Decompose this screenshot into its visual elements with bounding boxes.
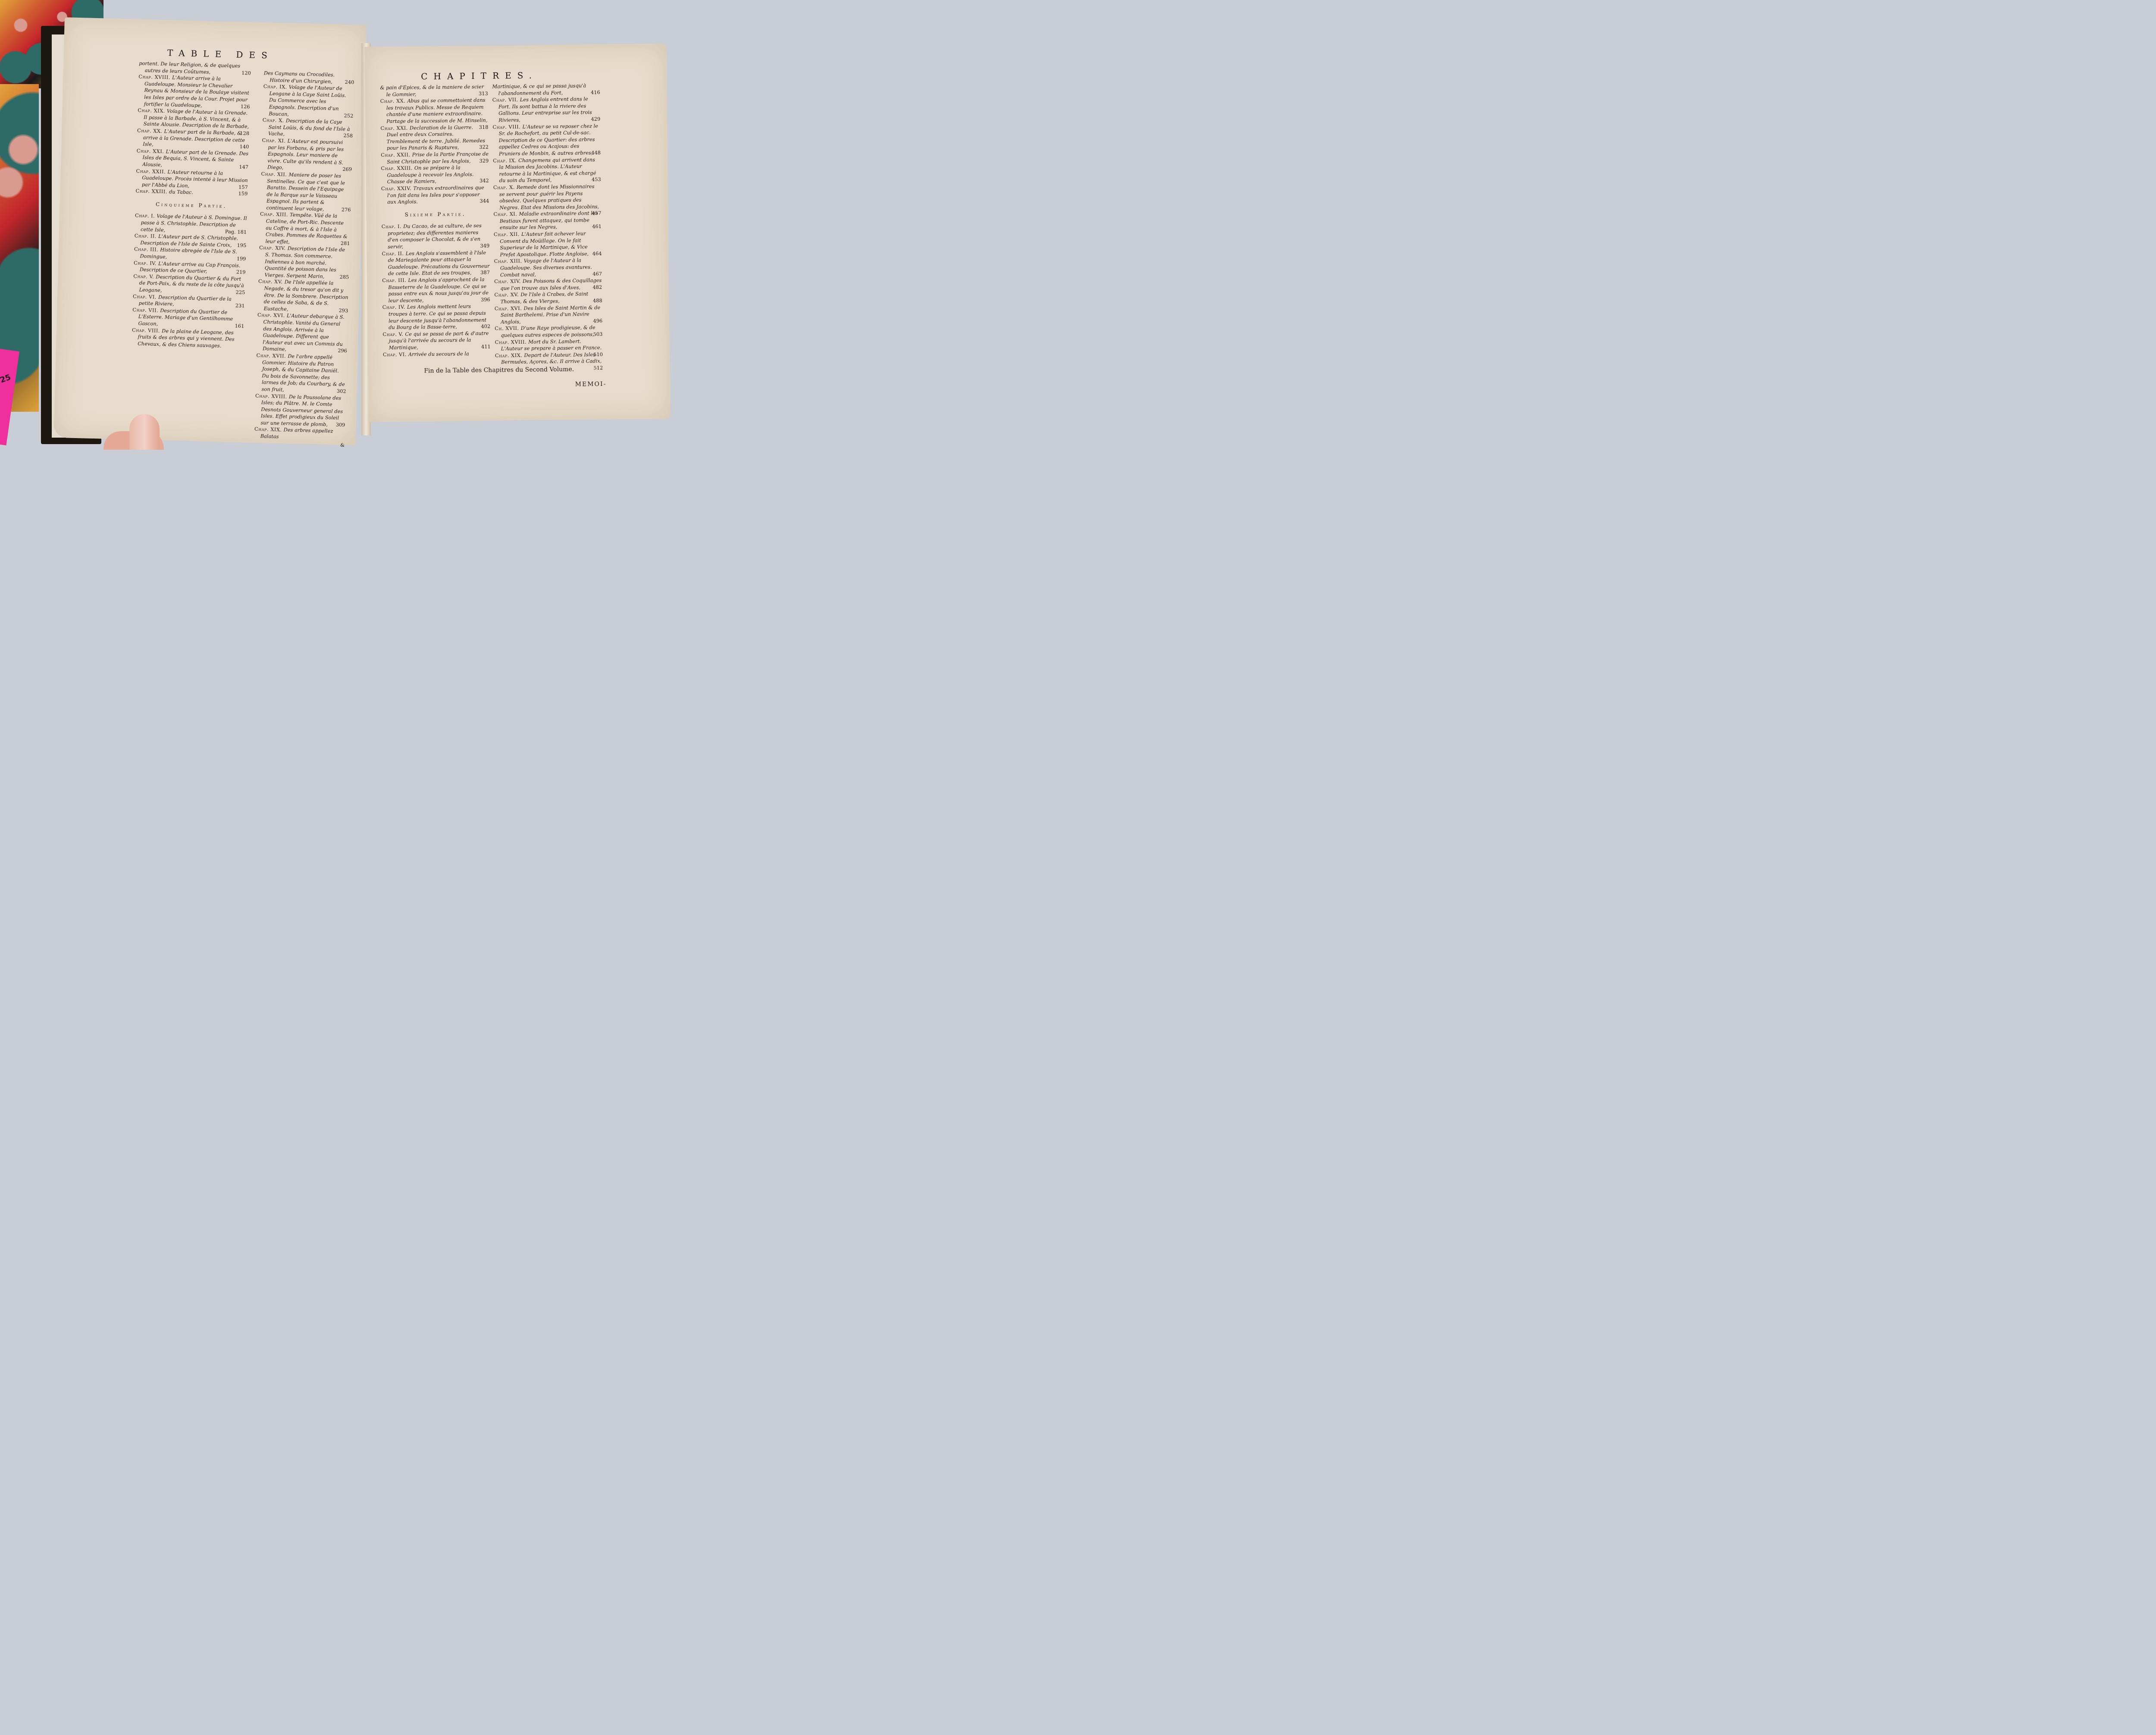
page-number: 467	[599, 271, 602, 278]
chapter-number: Chap. XIV.	[259, 244, 288, 251]
chapter-entry: Chap. XI. L'Auteur est poursuivi par les…	[261, 137, 353, 173]
chapter-title: De l'arbre appellé Gommier. Histoire du …	[261, 353, 345, 393]
chapter-number: Chap. XIX.	[495, 352, 524, 359]
chapter-entry: Martinique, & ce qui se passa jusqu'à l'…	[492, 82, 600, 97]
page-number: 302	[343, 388, 346, 395]
page-number: 344	[486, 198, 489, 205]
chapter-number: Chap. IV.	[134, 260, 158, 266]
page-number: 281	[347, 240, 350, 247]
page-number: 219	[242, 269, 246, 276]
chapter-entry: Chap. XIX. Voïage de l'Auteur à la Grena…	[137, 107, 250, 131]
chapter-number: Ch. XVII.	[495, 325, 521, 332]
page-number: 293	[345, 307, 348, 314]
chapter-entry: Chap. XVIII. Mort du Sr. Lambert. L'Aute…	[495, 338, 603, 353]
chapter-entry: Chap. XIII. Voyage de l'Auteur à la Guad…	[494, 257, 602, 278]
chapter-number: Chap. X.	[263, 117, 286, 123]
page-number: 231	[241, 303, 245, 310]
page-number: 296	[344, 348, 347, 355]
chapter-entry: Chap. XIX. Depart de l'Auteur. Des Isles…	[495, 351, 603, 366]
page-number: 225	[241, 289, 245, 296]
page-number: Pag. 181	[231, 229, 247, 236]
chapter-number: Chap. V.	[382, 331, 405, 338]
chapter-number: Chap. XVI.	[495, 305, 524, 311]
chapter-entry: Chap. XXII. Prise de la Partie Françoise…	[381, 151, 489, 166]
thumb	[129, 414, 160, 450]
chapter-number: Chap. XVI.	[257, 312, 287, 319]
page-number: 240	[351, 79, 354, 86]
running-head-left: TABLE DES	[167, 47, 274, 60]
chapter-number: Chap. XXII.	[381, 151, 412, 158]
page-number: 496	[599, 318, 602, 325]
chapter-number: Chap. VIII.	[132, 327, 162, 334]
page-number: 159	[244, 191, 248, 197]
chapter-number: Chap. XV.	[494, 291, 520, 298]
chapter-entry: Chap. XII. L'Auteur fait achever leur Co…	[494, 230, 602, 258]
chapter-number: Chap. VII.	[132, 307, 160, 313]
page-number: 457	[598, 210, 602, 217]
chapter-entry: Chap. XIX. Des arbres appellez Balatas	[254, 426, 345, 442]
chapter-entry: Chap. III. Les Anglois s'approchent de l…	[382, 276, 490, 304]
page-number: 126	[247, 103, 250, 110]
chapter-entry: & pain d'Epices, & de la maniere de scie…	[380, 84, 488, 98]
chapter-number: Chap. II.	[382, 250, 405, 257]
page-number: 276	[348, 207, 351, 213]
chapter-number: Chap. XX.	[137, 127, 164, 134]
chapter-number: Chap. III.	[382, 277, 408, 284]
page-number: 199	[243, 256, 246, 263]
chapter-number: Chap. III.	[134, 246, 160, 253]
chapter-entry: Chap. II. Les Anglois s'assemblent à l'I…	[382, 249, 490, 277]
chapter-number: Chap. IX.	[263, 83, 289, 90]
page-number: 488	[599, 298, 602, 304]
page-number: 252	[350, 113, 353, 119]
page-number: 429	[597, 116, 600, 123]
chapter-number: Chap. XII.	[261, 171, 288, 178]
left-page-column-1: portent. De leur Religion, & de quelques…	[132, 60, 251, 350]
page-number: 416	[597, 89, 600, 96]
page-number: 387	[486, 269, 490, 276]
chapter-number: Chap. XXIV.	[381, 185, 413, 191]
chapter-number: Chap. XV.	[258, 278, 285, 285]
chapter-number: Chap. XXIII.	[381, 165, 414, 172]
chapter-entry: Chap. XV. De l'Isle appellée la Negade, …	[257, 278, 349, 314]
page-number: 329	[485, 157, 489, 164]
page-number: 510	[599, 351, 603, 358]
chapter-entry: Chap. IX. Voïage de l'Auteur de Leogane …	[263, 83, 354, 119]
chapter-title: Maniere de poser les Sentinelles. Ce que…	[266, 172, 345, 212]
chapter-entry: Chap. XXIV. Travaux extraordinaires que …	[381, 185, 489, 206]
page-number: 448	[597, 150, 601, 157]
chapter-number: Chap. IV.	[382, 304, 407, 310]
chapter-entry: Chap. XIV. Description de l'Isle de S. T…	[258, 244, 350, 280]
chapter-entry: Chap. V. Description du Quartier & du Fo…	[133, 273, 245, 296]
chapter-number: Chap. XVII.	[256, 352, 288, 359]
chapter-entry: Chap. XIV. Des Poissons & des Coquillage…	[494, 277, 602, 292]
page-number: 318	[485, 124, 489, 131]
chapter-number: Chap. XIII.	[260, 211, 290, 218]
page-number: 512	[599, 365, 603, 372]
page-number: 402	[487, 323, 490, 330]
chapter-title: & pain d'Epices, & de la maniere de scie…	[380, 84, 484, 97]
chapter-number: Chap. IX.	[493, 157, 518, 163]
chapter-number: Chap. XIX.	[138, 107, 167, 114]
chapter-number: Chap. XX.	[380, 98, 407, 104]
chapter-entry: Chap. XVIII. De la Poussolane des Isles;…	[254, 392, 346, 428]
chapter-number: Chap. XXI.	[380, 125, 410, 131]
chapter-number: Chap. VII.	[492, 97, 520, 103]
chapter-number: Chap. XIX.	[254, 426, 284, 433]
chapter-entry: Chap. IX. Changemens qui arrivent dans l…	[493, 156, 601, 184]
chapter-number: Chap. V.	[133, 273, 156, 279]
chapter-entry: Chap. VII. Les Anglois entrent dans le F…	[492, 96, 601, 124]
chapter-entry: Chap. VI. Arrivée du secours de la	[383, 350, 491, 358]
part-heading: Sixieme Partie.	[381, 210, 489, 218]
chapter-number: Chap. XI.	[262, 137, 288, 144]
chapter-number: Chap. VIII.	[492, 123, 522, 130]
chapter-title: L'Auteur debarque à S. Christophle. Vani…	[263, 313, 345, 352]
page-number: 157	[244, 184, 248, 191]
chapter-entry: Chap. IV. Les Anglois mettent leurs trou…	[382, 303, 491, 331]
page-number: 342	[486, 178, 489, 185]
chapter-entry: Chap. XXIII. On se prépare à la Guadelou…	[381, 164, 489, 185]
chapter-entry: Chap. XX. Abus qui se commettoient dans …	[380, 97, 489, 125]
page-number: 269	[348, 166, 352, 173]
part-heading: Cinquieme Partie.	[135, 200, 248, 210]
chapter-entry: Chap. XII. Maniere de poser les Sentinel…	[260, 171, 351, 213]
chapter-title: Des Caymans ou Crocodiles. Histoire d'un…	[264, 70, 335, 85]
catchword: MEMOI-	[575, 381, 607, 388]
page-number: 128	[246, 130, 249, 137]
chapter-entry: Chap. I. Du Cacao, de sa culture, de ses…	[382, 222, 490, 251]
chapter-number: Chap. XXI.	[137, 147, 166, 154]
chapter-title: du Tabac.	[169, 189, 193, 195]
page-number: 313	[485, 90, 488, 97]
page-number: 161	[241, 323, 244, 330]
chapter-entry: Chap. XVII. De l'arbre appellé Gommier. …	[255, 352, 347, 395]
chapter-number: Chap. XVIII.	[495, 338, 529, 345]
chapter-title: Martinique, & ce qui se passa jusqu'à l'…	[492, 82, 586, 96]
right-page: CHAPITRES. & pain d'Epices, & de la mani…	[364, 44, 670, 422]
chapter-entry: Chap. XVI. Des Isles de Saint Martin & d…	[495, 304, 602, 326]
page-number: 464	[599, 251, 602, 257]
page-number: 453	[598, 176, 601, 183]
chapter-number: Chap. II.	[135, 233, 159, 239]
running-head-right: CHAPITRES.	[421, 70, 538, 81]
chapter-title: Arrivée du secours de la	[408, 351, 469, 357]
chapter-entry: Chap. VII. Description du Quartier de L'…	[132, 307, 244, 330]
page-number: 322	[485, 144, 489, 151]
chapter-entry: Chap. XVIII. L'Auteur arrive à la Guadel…	[138, 74, 251, 110]
chapter-entry: Chap. XXI. Declaration de la Guerre. Due…	[380, 124, 489, 152]
left-page-column-2: Des Caymans ou Crocodiles. Histoire d'un…	[254, 70, 354, 448]
chapter-entry: Chap. X. Description de la Caye Saint Lo…	[262, 117, 353, 139]
page-number: 461	[598, 223, 602, 230]
chapter-entry: Chap. XVI. L'Auteur debarque à S. Christ…	[257, 312, 348, 354]
chapter-number: Chap. XIV.	[494, 278, 523, 285]
chapter-entry: Chap. VIII. De la plaine de Leogane, des…	[132, 327, 244, 350]
chapter-number: Chap. VI.	[133, 293, 158, 300]
chapter-entry: Chap. XX. L'Auteur part de la Barbade, &…	[137, 127, 249, 150]
page-number: 309	[342, 422, 345, 429]
page-number: 411	[487, 344, 491, 351]
chapter-number: Chap. XVIII.	[138, 74, 172, 81]
chapter-entry: Chap. VIII. L'Auteur se va reposer chez …	[492, 123, 601, 158]
chapter-entry: Ch. XVII. D'une Raye prodigieuse, & de q…	[495, 324, 602, 339]
chapter-number: Chap. XIII.	[494, 258, 524, 264]
chapter-number: Chap. X.	[493, 184, 517, 191]
page-number: 482	[599, 284, 602, 291]
chapter-title: portent. De leur Religion, & de quelques…	[139, 60, 240, 75]
chapter-number: Chap. XXII.	[136, 168, 168, 175]
table-end-note: Fin de la Table des Chapitres du Second …	[424, 366, 574, 375]
chapter-entry: Chap. X. Remede dont les Missionnaires s…	[493, 183, 602, 211]
right-page-column-2: Martinique, & ce qui se passa jusqu'à l'…	[492, 82, 603, 373]
chapter-entry: Chap. I. Voïage de l'Auteur à S. Domingu…	[135, 213, 247, 236]
chapter-number: Chap. I.	[135, 213, 157, 219]
chapter-entry: Chap. XXII. L'Auteur retourne à la Guade…	[136, 168, 248, 191]
chapter-number: Chap. XVIII.	[255, 392, 289, 399]
chapter-number: Chap. XI.	[493, 211, 519, 217]
left-page: TABLE DES portent. De leur Religion, & d…	[53, 17, 366, 445]
right-page-column-1: & pain d'Epices, & de la maniere de scie…	[380, 84, 491, 358]
page-number: 120	[248, 70, 251, 77]
chapter-entry: Chap. XIII. Tempête. Vüë de la Cateline,…	[259, 211, 351, 247]
page-number: 195	[243, 242, 246, 249]
chapter-entry: Chap. XV. De l'Isle à Crabes, de Saint T…	[494, 291, 602, 305]
page-number: 349	[486, 243, 489, 250]
chapter-entry: Chap. XXI. L'Auteur part de la Grenade. …	[136, 147, 249, 171]
chapter-entry: Chap. XI. Maladie extraordinaire dont le…	[493, 210, 601, 231]
page-number: 258	[349, 133, 353, 140]
chapter-number: Chap. VI.	[383, 351, 408, 357]
page-number: 285	[345, 274, 349, 281]
page-number: 147	[245, 164, 248, 171]
chapter-entry: Chap. V. Ce qui se passa de part & d'aut…	[382, 330, 490, 351]
page-number: 396	[487, 296, 490, 303]
chapter-number: Chap. I.	[382, 223, 403, 230]
page-number: 503	[599, 331, 603, 338]
page-number: 140	[245, 144, 249, 150]
chapter-number: Chap. XII.	[494, 231, 521, 238]
chapter-number: Chap. XXIII.	[135, 188, 169, 195]
